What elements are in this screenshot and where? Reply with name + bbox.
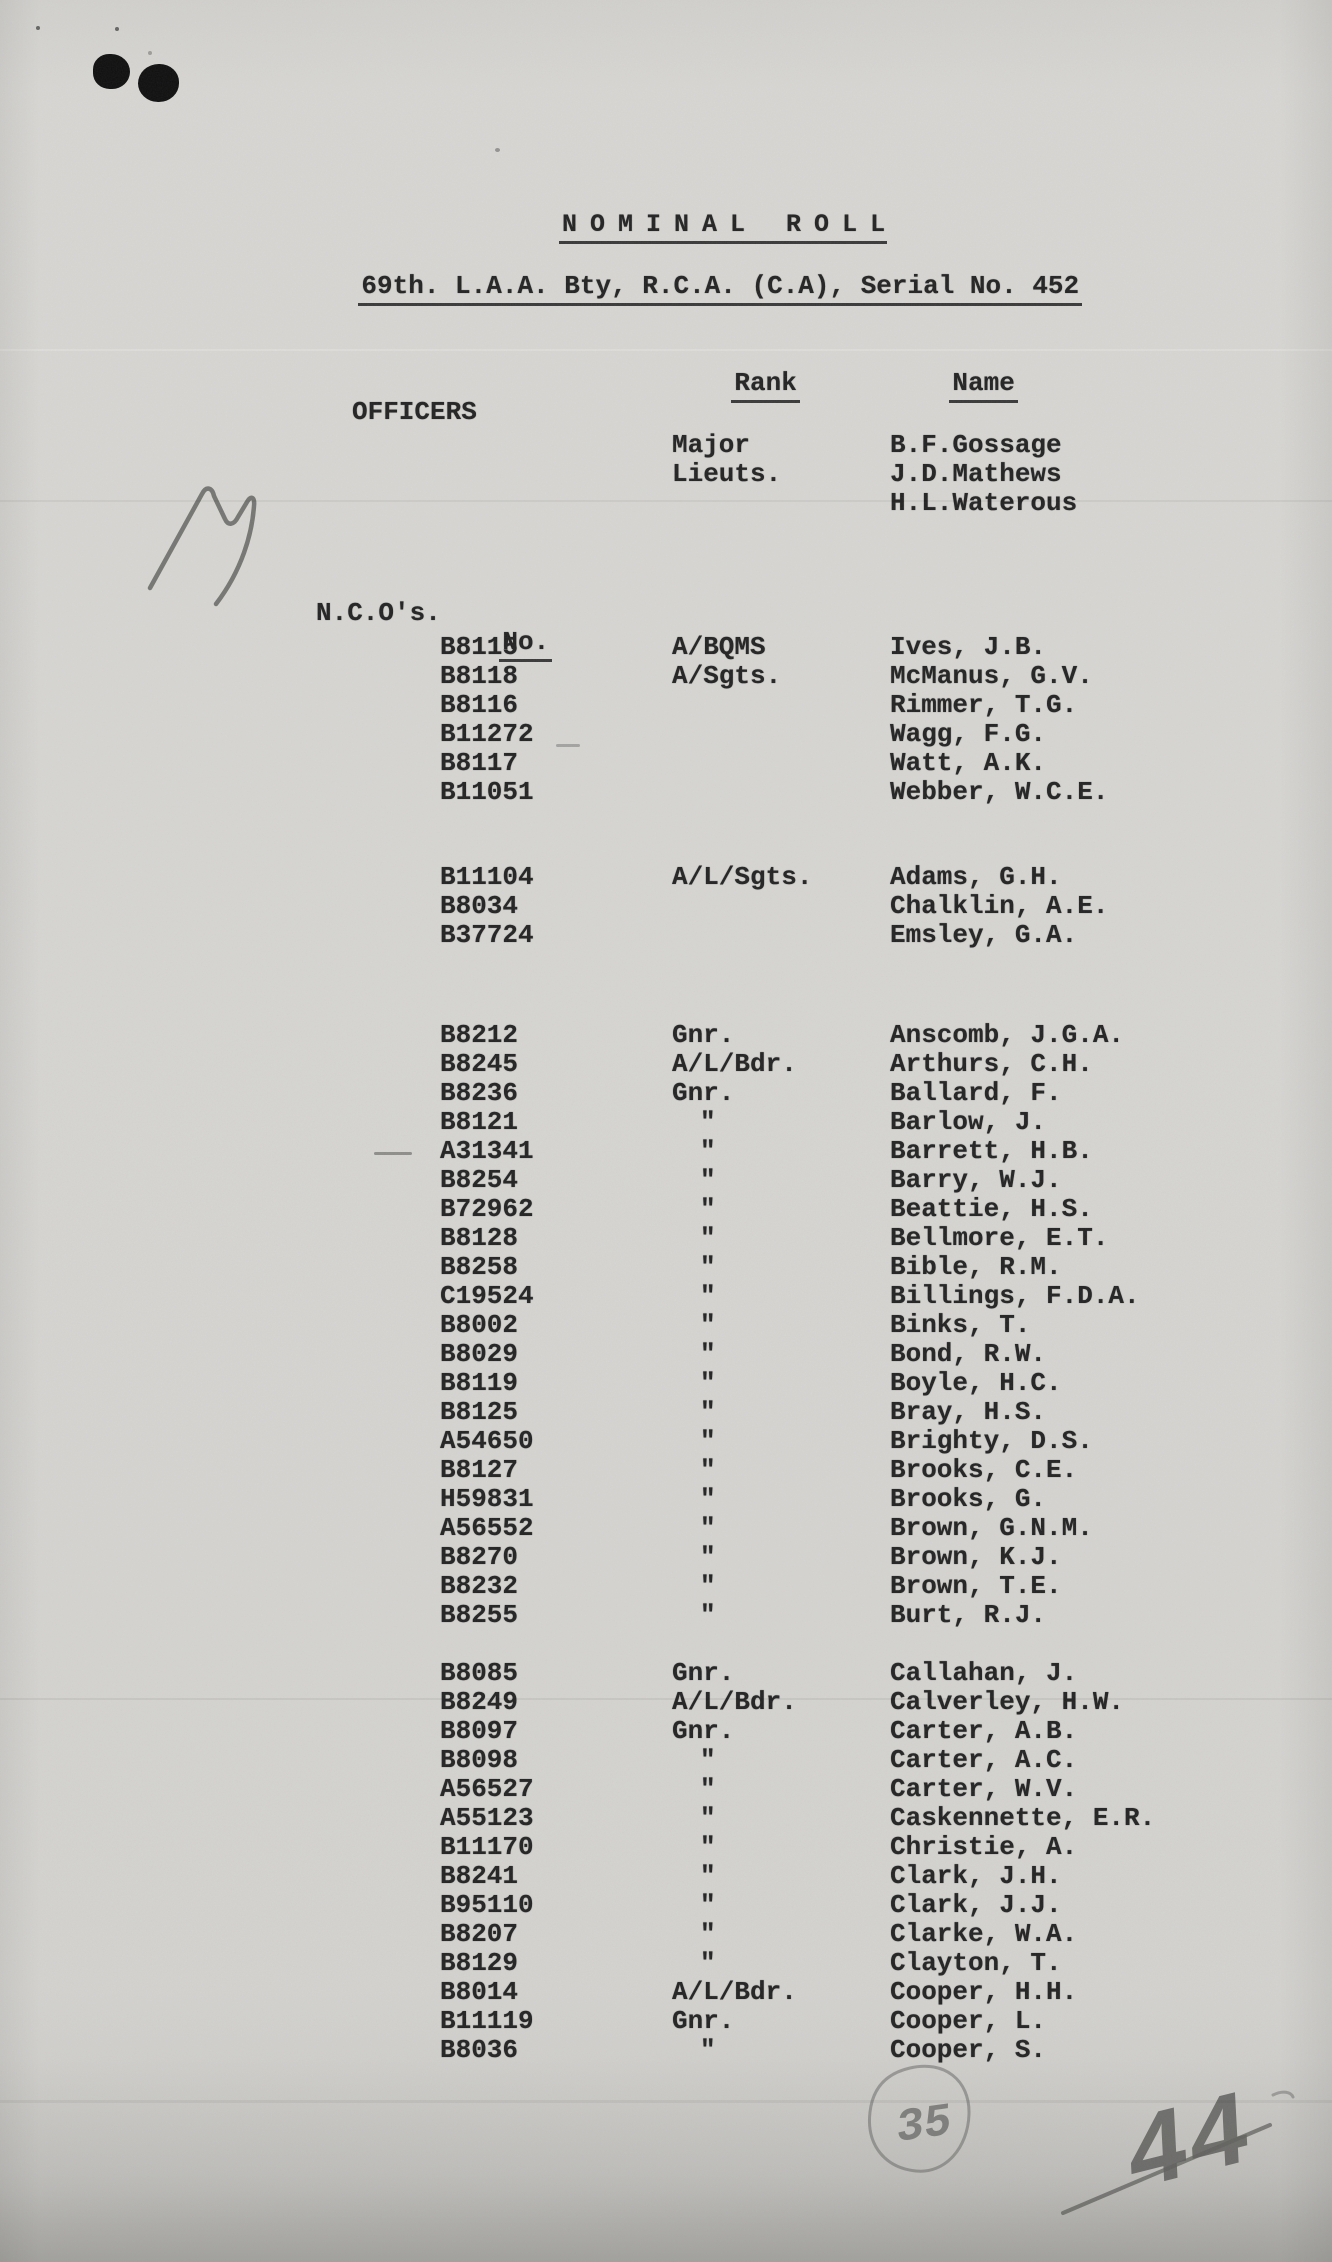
- rank-cell: Major: [672, 430, 750, 460]
- rank-cell: ": [672, 1223, 717, 1253]
- service-number: B8232: [440, 1571, 518, 1601]
- roster-row: B8085 Gnr. Callahan, J.: [0, 1658, 1332, 1687]
- roster-row: B8125 " Bray, H.S.: [0, 1397, 1332, 1426]
- rank-cell: ": [672, 1861, 717, 1891]
- name-cell: Chalklin, A.E.: [890, 891, 1108, 921]
- roster-row: B8117 Watt, A.K.: [0, 748, 1332, 777]
- rank-cell: ": [672, 1513, 717, 1543]
- rank-cell: ": [672, 1890, 717, 1920]
- ink-blot-right: [138, 64, 179, 102]
- name-cell: Ives, J.B.: [890, 632, 1046, 662]
- name-cell: Billings, F.D.A.: [890, 1281, 1140, 1311]
- column-header-rank: Rank: [669, 340, 800, 427]
- roster-row: B95110 " Clark, J.J.: [0, 1890, 1332, 1919]
- service-number: B11119: [440, 2006, 534, 2036]
- section-label-ncos: N.C.O's.: [316, 599, 441, 628]
- roster-row: A31341 " Barrett, H.B.: [0, 1136, 1332, 1165]
- name-cell: B.F.Gossage: [890, 430, 1062, 460]
- rank-cell: Gnr.: [672, 1658, 734, 1688]
- rank-cell: ": [672, 1339, 717, 1369]
- name-cell: Cooper, S.: [890, 2035, 1046, 2065]
- name-cell: McManus, G.V.: [890, 661, 1093, 691]
- service-number: B8255: [440, 1600, 518, 1630]
- name-cell: Emsley, G.A.: [890, 920, 1077, 950]
- gunners-group-a-b: B8212 Gnr. Anscomb, J.G.A. B8245 A/L/Bdr…: [0, 1020, 1332, 1629]
- roster-row: B8236 Gnr. Ballard, F.: [0, 1078, 1332, 1107]
- service-number: B8002: [440, 1310, 518, 1340]
- roster-row: B8129 " Clayton, T.: [0, 1948, 1332, 1977]
- name-cell: Boyle, H.C.: [890, 1368, 1062, 1398]
- roster-row: B8207 " Clarke, W.A.: [0, 1919, 1332, 1948]
- rank-cell: ": [672, 1194, 717, 1224]
- officers-rows: Major B.F.Gossage Lieuts. J.D.Mathews H.…: [0, 430, 1332, 517]
- rank-cell: Gnr.: [672, 2006, 734, 2036]
- rank-cell: ": [672, 1455, 717, 1485]
- service-number: B8034: [440, 891, 518, 921]
- page-subtitle: 69th. L.A.A. Bty, R.C.A. (C.A), Serial N…: [296, 243, 1082, 330]
- name-cell: Webber, W.C.E.: [890, 777, 1108, 807]
- name-cell: Adams, G.H.: [890, 862, 1062, 892]
- paper-speck: [495, 148, 500, 152]
- service-number: B8121: [440, 1107, 518, 1137]
- service-number: B8270: [440, 1542, 518, 1572]
- roster-row: B8241 " Clark, J.H.: [0, 1861, 1332, 1890]
- rank-cell: ": [672, 1542, 717, 1572]
- service-number: C19524: [440, 1281, 534, 1311]
- page-title-text: N O M I N A L R O L L: [559, 210, 887, 244]
- service-number: A55123: [440, 1803, 534, 1833]
- name-cell: Brown, G.N.M.: [890, 1513, 1093, 1543]
- roster-row: B8029 " Bond, R.W.: [0, 1339, 1332, 1368]
- column-header-name: Name: [887, 340, 1018, 427]
- rank-cell: ": [672, 1803, 717, 1833]
- name-cell: Ballard, F.: [890, 1078, 1062, 1108]
- rank-cell: ": [672, 1397, 717, 1427]
- rank-cell: A/L/Bdr.: [672, 1687, 797, 1717]
- service-number: B8115: [440, 632, 518, 662]
- page-subtitle-text: 69th. L.A.A. Bty, R.C.A. (C.A), Serial N…: [358, 271, 1082, 306]
- name-cell: Clark, J.H.: [890, 1861, 1062, 1891]
- service-number: B8258: [440, 1252, 518, 1282]
- name-cell: Barrett, H.B.: [890, 1136, 1093, 1166]
- roster-row: H59831 " Brooks, G.: [0, 1484, 1332, 1513]
- rank-cell: ": [672, 1745, 717, 1775]
- roster-row: A56552 " Brown, G.N.M.: [0, 1513, 1332, 1542]
- name-cell: Burt, R.J.: [890, 1600, 1046, 1630]
- name-cell: Brooks, G.: [890, 1484, 1046, 1514]
- service-number: A54650: [440, 1426, 534, 1456]
- rank-cell: A/Sgts.: [672, 661, 781, 691]
- name-cell: Barlow, J.: [890, 1107, 1046, 1137]
- name-cell: Clark, J.J.: [890, 1890, 1062, 1920]
- service-number: B8127: [440, 1455, 518, 1485]
- rank-cell: ": [672, 1600, 717, 1630]
- name-cell: Cooper, L.: [890, 2006, 1046, 2036]
- ink-blot-left: [93, 54, 130, 89]
- roster-row: B8254 " Barry, W.J.: [0, 1165, 1332, 1194]
- name-cell: Callahan, J.: [890, 1658, 1077, 1688]
- officer-row: H.L.Waterous: [0, 488, 1332, 517]
- name-cell: Brooks, C.E.: [890, 1455, 1077, 1485]
- name-cell: Arthurs, C.H.: [890, 1049, 1093, 1079]
- name-cell: Bray, H.S.: [890, 1397, 1046, 1427]
- service-number: B8116: [440, 690, 518, 720]
- rank-cell: A/L/Sgts.: [672, 862, 812, 892]
- nco-group-lsgts: B11104 A/L/Sgts. Adams, G.H. B8034 Chalk…: [0, 862, 1332, 949]
- circled-number-text: 35: [893, 2096, 955, 2155]
- roster-row: B8036 " Cooper, S.: [0, 2035, 1332, 2064]
- service-number: B8254: [440, 1165, 518, 1195]
- roster-row: B8014 A/L/Bdr. Cooper, H.H.: [0, 1977, 1332, 2006]
- roster-row: B8249 A/L/Bdr. Calverley, H.W.: [0, 1687, 1332, 1716]
- name-cell: Wagg, F.G.: [890, 719, 1046, 749]
- officer-row: Major B.F.Gossage: [0, 430, 1332, 459]
- name-cell: Binks, T.: [890, 1310, 1030, 1340]
- name-cell: Clarke, W.A.: [890, 1919, 1077, 1949]
- service-number: B37724: [440, 920, 534, 950]
- roster-row: B8212 Gnr. Anscomb, J.G.A.: [0, 1020, 1332, 1049]
- service-number: B95110: [440, 1890, 534, 1920]
- name-cell: Clayton, T.: [890, 1948, 1062, 1978]
- rank-cell: ": [672, 1571, 717, 1601]
- pencil-circled-number: 35: [848, 2058, 998, 2198]
- name-cell: H.L.Waterous: [890, 488, 1077, 518]
- rank-cell: ": [672, 1948, 717, 1978]
- service-number: B8014: [440, 1977, 518, 2007]
- name-cell: Brighty, D.S.: [890, 1426, 1093, 1456]
- column-header-name-text: Name: [949, 368, 1017, 403]
- service-number: A56552: [440, 1513, 534, 1543]
- roster-row: C19524 " Billings, F.D.A.: [0, 1281, 1332, 1310]
- name-cell: Christie, A.: [890, 1832, 1077, 1862]
- rank-cell: Gnr.: [672, 1078, 734, 1108]
- service-number: B8085: [440, 1658, 518, 1688]
- pencil-corner-number: 44: [1035, 2035, 1325, 2245]
- rank-cell: ": [672, 1310, 717, 1340]
- name-cell: Bible, R.M.: [890, 1252, 1062, 1282]
- roster-row: B37724 Emsley, G.A.: [0, 920, 1332, 949]
- rank-cell: ": [672, 1281, 717, 1311]
- rank-cell: ": [672, 1165, 717, 1195]
- rank-cell: ": [672, 1484, 717, 1514]
- roster-row: B11272 Wagg, F.G.: [0, 719, 1332, 748]
- rank-cell: A/L/Bdr.: [672, 1049, 797, 1079]
- service-number: B8097: [440, 1716, 518, 1746]
- roster-row: B11170 " Christie, A.: [0, 1832, 1332, 1861]
- name-cell: Barry, W.J.: [890, 1165, 1062, 1195]
- service-number: B8236: [440, 1078, 518, 1108]
- service-number: B11051: [440, 777, 534, 807]
- roster-row: B8098 " Carter, A.C.: [0, 1745, 1332, 1774]
- paper-speck: [148, 51, 152, 55]
- name-cell: Beattie, H.S.: [890, 1194, 1093, 1224]
- name-cell: Carter, A.B.: [890, 1716, 1077, 1746]
- rank-cell: A/BQMS: [672, 632, 766, 662]
- name-cell: Bond, R.W.: [890, 1339, 1046, 1369]
- section-label-officers: OFFICERS: [352, 398, 477, 427]
- roster-row: B8115 A/BQMS Ives, J.B.: [0, 632, 1332, 661]
- service-number: B8098: [440, 1745, 518, 1775]
- roster-row: B8002 " Binks, T.: [0, 1310, 1332, 1339]
- roster-row: B8097 Gnr. Carter, A.B.: [0, 1716, 1332, 1745]
- service-number: B11104: [440, 862, 534, 892]
- roster-row: B11104 A/L/Sgts. Adams, G.H.: [0, 862, 1332, 891]
- rank-cell: ": [672, 1368, 717, 1398]
- roster-row: B8232 " Brown, T.E.: [0, 1571, 1332, 1600]
- name-cell: Rimmer, T.G.: [890, 690, 1077, 720]
- roster-row: B8127 " Brooks, C.E.: [0, 1455, 1332, 1484]
- paper-speck: [115, 27, 119, 31]
- column-header-rank-text: Rank: [731, 368, 799, 403]
- roster-row: B8245 A/L/Bdr. Arthurs, C.H.: [0, 1049, 1332, 1078]
- service-number: B72962: [440, 1194, 534, 1224]
- rank-cell: ": [672, 1136, 717, 1166]
- roster-row: B72962 " Beattie, H.S.: [0, 1194, 1332, 1223]
- name-cell: Calverley, H.W.: [890, 1687, 1124, 1717]
- service-number: B8119: [440, 1368, 518, 1398]
- service-number: B8128: [440, 1223, 518, 1253]
- service-number: B8117: [440, 748, 518, 778]
- rank-cell: Gnr.: [672, 1716, 734, 1746]
- service-number: B8125: [440, 1397, 518, 1427]
- name-cell: Caskennette, E.R.: [890, 1803, 1155, 1833]
- rank-cell: ": [672, 1426, 717, 1456]
- roster-row: B8255 " Burt, R.J.: [0, 1600, 1332, 1629]
- service-number: B8118: [440, 661, 518, 691]
- document-page: N O M I N A L R O L L 69th. L.A.A. Bty, …: [0, 0, 1332, 2262]
- service-number: B8245: [440, 1049, 518, 1079]
- roster-row: B8119 " Boyle, H.C.: [0, 1368, 1332, 1397]
- corner-number-text: 44: [1113, 2074, 1264, 2220]
- rank-cell: ": [672, 1107, 717, 1137]
- rank-cell: ": [672, 1774, 717, 1804]
- service-number: B8249: [440, 1687, 518, 1717]
- service-number: B11170: [440, 1832, 534, 1862]
- name-cell: Brown, T.E.: [890, 1571, 1062, 1601]
- scan-artifact-line: [0, 349, 1332, 351]
- rank-cell: A/L/Bdr.: [672, 1977, 797, 2007]
- paper-speck: [36, 26, 40, 30]
- service-number: B8207: [440, 1919, 518, 1949]
- officer-row: Lieuts. J.D.Mathews: [0, 459, 1332, 488]
- service-number: B8212: [440, 1020, 518, 1050]
- roster-row: B11051 Webber, W.C.E.: [0, 777, 1332, 806]
- name-cell: J.D.Mathews: [890, 459, 1062, 489]
- name-cell: Brown, K.J.: [890, 1542, 1062, 1572]
- service-number: A56527: [440, 1774, 534, 1804]
- rank-cell: ": [672, 1252, 717, 1282]
- nco-group-sgts: B8115 A/BQMS Ives, J.B. B8118 A/Sgts. Mc…: [0, 632, 1332, 806]
- service-number: B11272: [440, 719, 534, 749]
- name-cell: Bellmore, E.T.: [890, 1223, 1108, 1253]
- roster-row: B8121 " Barlow, J.: [0, 1107, 1332, 1136]
- rank-cell: Lieuts.: [672, 459, 781, 489]
- rank-cell: ": [672, 1919, 717, 1949]
- gunners-group-c: B8085 Gnr. Callahan, J. B8249 A/L/Bdr. C…: [0, 1658, 1332, 2064]
- service-number: B8036: [440, 2035, 518, 2065]
- name-cell: Carter, A.C.: [890, 1745, 1077, 1775]
- roster-row: A56527 " Carter, W.V.: [0, 1774, 1332, 1803]
- roster-row: B8270 " Brown, K.J.: [0, 1542, 1332, 1571]
- roster-row: B8116 Rimmer, T.G.: [0, 690, 1332, 719]
- rank-cell: ": [672, 2035, 717, 2065]
- service-number: H59831: [440, 1484, 534, 1514]
- roster-row: A55123 " Caskennette, E.R.: [0, 1803, 1332, 1832]
- name-cell: Carter, W.V.: [890, 1774, 1077, 1804]
- roster-row: A54650 " Brighty, D.S.: [0, 1426, 1332, 1455]
- name-cell: Watt, A.K.: [890, 748, 1046, 778]
- rank-cell: Gnr.: [672, 1020, 734, 1050]
- service-number: B8129: [440, 1948, 518, 1978]
- roster-row: B8258 " Bible, R.M.: [0, 1252, 1332, 1281]
- roster-row: B8034 Chalklin, A.E.: [0, 891, 1332, 920]
- service-number: B8241: [440, 1861, 518, 1891]
- rank-cell: ": [672, 1832, 717, 1862]
- scan-artifact-line: [0, 2100, 1332, 2103]
- service-number: A31341: [440, 1136, 534, 1166]
- name-cell: Cooper, H.H.: [890, 1977, 1077, 2007]
- service-number: B8029: [440, 1339, 518, 1369]
- roster-row: B8118 A/Sgts. McManus, G.V.: [0, 661, 1332, 690]
- roster-row: B8128 " Bellmore, E.T.: [0, 1223, 1332, 1252]
- roster-row: B11119 Gnr. Cooper, L.: [0, 2006, 1332, 2035]
- name-cell: Anscomb, J.G.A.: [890, 1020, 1124, 1050]
